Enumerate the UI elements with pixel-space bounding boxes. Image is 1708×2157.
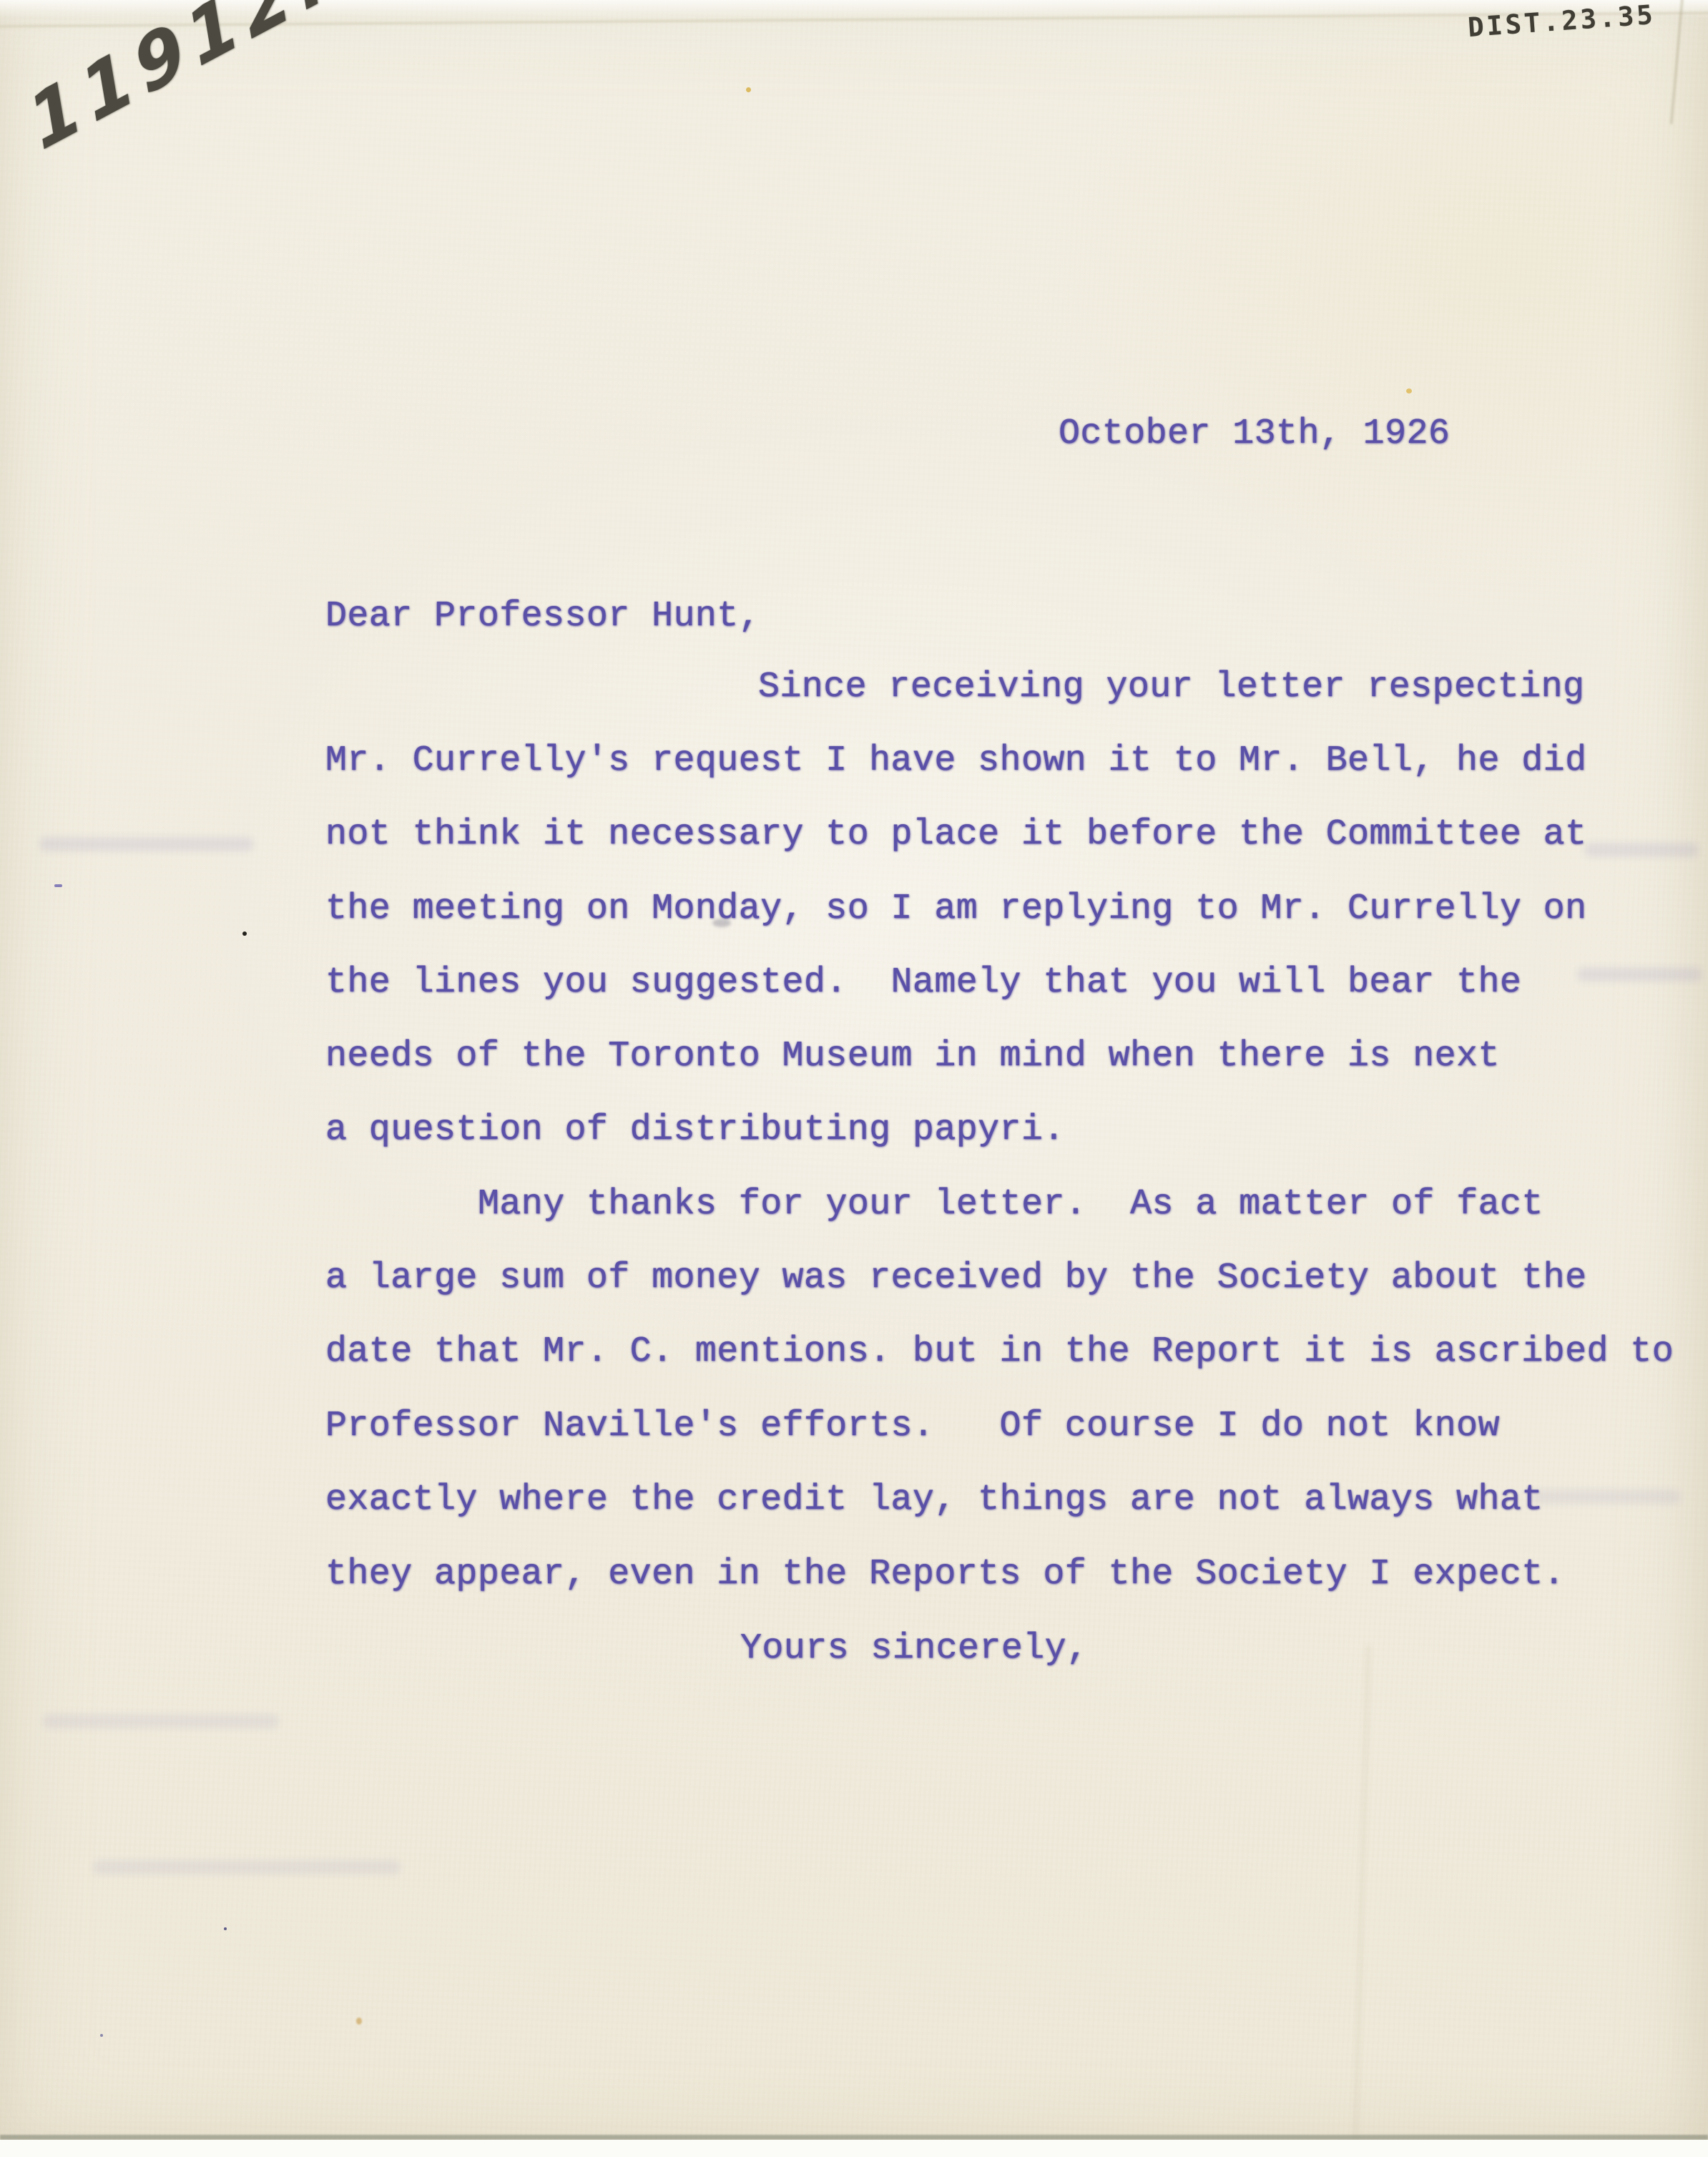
paper-bottom-edge-line — [0, 2135, 1708, 2140]
letter-line-15: they appear, even in the Reports of the … — [325, 1554, 1565, 1595]
ink-speck — [242, 931, 247, 936]
letter-line-1: October 13th, 1926 — [1059, 414, 1450, 455]
letter-line-12: date that Mr. C. mentions. but in the Re… — [325, 1331, 1674, 1373]
paper-fleck — [356, 2017, 362, 2025]
letter-line-6: the meeting on Monday, so I am replying … — [325, 889, 1586, 930]
pencil-smudge — [712, 919, 731, 927]
letter-line-2: Dear Professor Hunt, — [325, 596, 760, 637]
letter-line-11: a large sum of money was received by the… — [325, 1258, 1586, 1299]
letter-line-13: Professor Naville's efforts. Of course I… — [325, 1406, 1500, 1447]
letter-page: 11912. DIST.23.35 October 13th, 1926Dear… — [0, 0, 1708, 2157]
letter-line-16: Yours sincerely, — [740, 1628, 1088, 1670]
ink-bleedthrough — [43, 1714, 279, 1728]
letter-line-7: the lines you suggested. Namely that you… — [325, 962, 1521, 1004]
paper-fleck — [746, 87, 751, 92]
ink-bleedthrough — [1531, 1490, 1681, 1504]
paper-fleck — [1406, 388, 1412, 393]
ink-bleedthrough — [39, 837, 254, 851]
letter-line-14: exactly where the credit lay, things are… — [325, 1479, 1543, 1521]
ink-speck — [100, 2034, 103, 2037]
ink-speck — [54, 884, 62, 887]
letter-line-8: needs of the Toronto Museum in mind when… — [325, 1036, 1500, 1077]
letter-line-5: not think it necessary to place it befor… — [325, 814, 1586, 856]
letter-line-9: a question of distributing papyri. — [325, 1110, 1065, 1151]
paper-crease — [1354, 1645, 1370, 2146]
ink-bleedthrough — [1577, 967, 1702, 982]
letter-line-4: Mr. Currelly's request I have shown it t… — [325, 740, 1586, 782]
letter-line-3: Since receiving your letter respecting — [758, 667, 1584, 708]
letter-line-10: Many thanks for your letter. As a matter… — [478, 1184, 1543, 1226]
scan-bottom-edge — [0, 2140, 1708, 2157]
ink-bleedthrough — [93, 1860, 401, 1874]
ink-speck — [224, 1927, 227, 1930]
ink-bleedthrough — [1584, 843, 1699, 857]
paper-crease — [1670, 0, 1684, 124]
